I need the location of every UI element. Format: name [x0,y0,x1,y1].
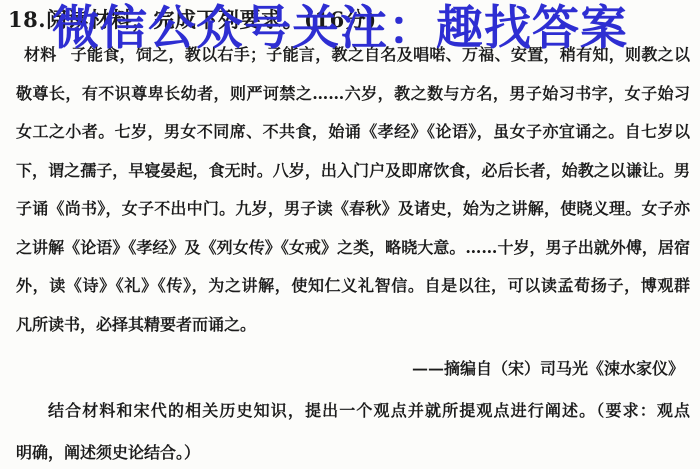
material-line: 下，谓之孺子，早寝晏起，食无时。八岁，出入门户及即席饮食，必后长者，始教之以谦让… [16,152,690,191]
task-line: 结合材料和宋代的相关历史知识，提出一个观点并就所提观点进行阐述。（要求：观点 [16,390,690,432]
task-line: 明确，阐述须史论结合。） [16,432,690,469]
watermark-text: 微信公众号关注：趣找答案 [52,2,628,56]
material-line: 凡所读书，必择其精要者而诵之。 [16,306,690,345]
task-paragraph: 结合材料和宋代的相关历史知识，提出一个观点并就所提观点进行阐述。（要求：观点 明… [16,390,690,469]
exam-page: 18.阅读材料，完成下列要求。(16分) 微信公众号关注：趣找答案 材料子能食，… [0,0,700,469]
material-line: 子诵《尚书》，女子不出中门。九岁，男子读《春秋》及诸史，始为之讲解，使晓义理。女… [16,190,690,229]
source-attribution: ——摘编自（宋）司马光《涑水家仪》 [412,356,684,379]
material-line: 敬尊长，有不识尊卑长幼者，则严诃禁之……六岁，教之数与方名，男子始习书字，女子始… [16,75,690,114]
material-paragraph: 材料子能食，饲之，教以右手；子能言，教之自名及唱喏、万福、安置，稍有知，则教之以… [16,36,690,344]
material-line: 女工之小者。七岁，男女不同席、不共食，始诵《孝经》《论语》，虽女子亦宜诵之。自七… [16,113,690,152]
material-line: 之讲解《论语》《孝经》及《列女传》《女戒》之类，略晓大意。……十岁，男子出就外傅… [16,229,690,268]
material-line: 外，读《诗》《礼》《传》，为之讲解，使知仁义礼智信。自是以往，可以读孟荀扬子，博… [16,267,690,306]
